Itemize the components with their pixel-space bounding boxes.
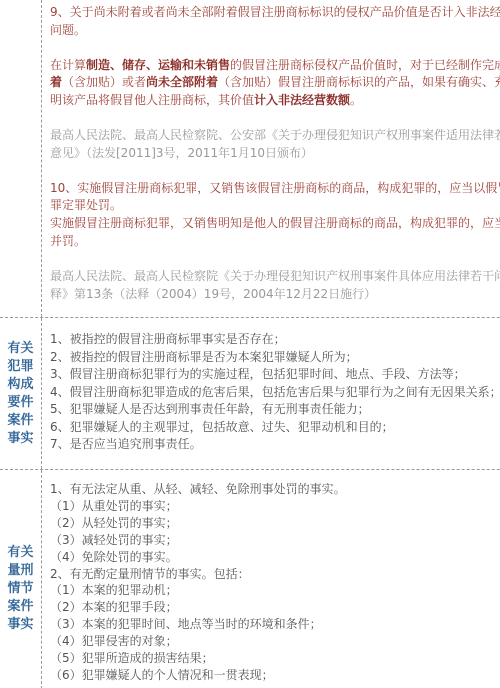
fact-list-item: （3）本案的犯罪时间、地点等当时的环境和条件； <box>50 616 500 633</box>
fact-list-item: （2）本案的犯罪手段； <box>50 599 500 616</box>
rule-text-segment: 。 <box>350 93 362 107</box>
fact-list-item: （6）犯罪嫌疑人的个人情况和一贯表现； <box>50 667 500 684</box>
fact-list-item: 6、犯罪嫌疑人的主观罪过，包括故意、过失、犯罪动机和目的； <box>50 419 500 437</box>
table-row-legal-provisions: 9、关于尚未附着或者尚未全部附着假冒注册商标标识的侵权产品价值是否计入非法经营数… <box>0 0 500 318</box>
rule-text-bold-segment: 制造、储存、运输和未销售 <box>86 58 230 72</box>
row-label-cell-empty <box>0 0 42 317</box>
row-label-sentencing-circumstances: 有关 量刑 情节 案件 事实 <box>0 470 42 688</box>
row-label-crime-elements: 有关 犯罪 构成 要件 案件 事实 <box>0 318 42 469</box>
citation-opinion-2011: 最高人民法院、最高人民检察院、公安部《关于办理侵犯知识产权刑事案件适用法律若干问… <box>50 127 500 163</box>
paragraph-question-10: 10、实施假冒注册商标犯罪，又销售该假冒注册商标的商品，构成犯罪的，应当以假冒注… <box>50 180 500 251</box>
table-row-sentencing-circumstances: 有关 量刑 情节 案件 事实 1、有无法定从重、从轻、减轻、免除刑事处罚的事实。… <box>0 470 500 688</box>
fact-list-item: 7、是否应当追究刑事责任。 <box>50 436 500 454</box>
sentencing-fact-list: 1、有无法定从重、从轻、减轻、免除刑事处罚的事实。 （1）从重处罚的事实； （2… <box>42 470 500 688</box>
paragraph-calculation-rule: 在计算制造、储存、运输和未销售的假冒注册商标侵权产品价值时，对于已经制作完成但尚… <box>50 57 500 110</box>
fact-list-item: 1、被指控的假冒注册商标罪事实是否存在； <box>50 331 500 349</box>
fact-list-item: （1）本案的犯罪动机； <box>50 582 500 599</box>
legal-facts-table: 9、关于尚未附着或者尚未全部附着假冒注册商标标识的侵权产品价值是否计入非法经营数… <box>0 0 500 688</box>
rule-text-segment: 的假冒注册商标侵权产品价值时，对于已经制作完成但 <box>230 58 500 72</box>
crime-elements-fact-list: 1、被指控的假冒注册商标罪事实是否存在； 2、被指控的假冒注册商标罪是否为本案犯… <box>42 318 500 469</box>
fact-list-item: （5）犯罪所造成的损害结果； <box>50 650 500 667</box>
rule-text-segment: （含加贴）或者 <box>62 75 146 89</box>
fact-list-item: （4）犯罪侵害的对象； <box>50 633 500 650</box>
paragraph-question-9: 9、关于尚未附着或者尚未全部附着假冒注册商标标识的侵权产品价值是否计入非法经营数… <box>50 4 500 40</box>
legal-provisions-content: 9、关于尚未附着或者尚未全部附着假冒注册商标标识的侵权产品价值是否计入非法经营数… <box>42 0 500 317</box>
fact-list-item: 4、假冒注册商标犯罪造成的危害后果，包括危害后果与犯罪行为之间有无因果关系； <box>50 384 500 402</box>
fact-list-item: （1）从重处罚的事实； <box>50 498 500 515</box>
fact-list-item: 3、假冒注册商标犯罪行为的实施过程，包括犯罪时间、地点、手段、方法等； <box>50 366 500 384</box>
citation-interpretation-2004: 最高人民法院、最高人民检察院《关于办理侵犯知识产权刑事案件具体应用法律若干问题的… <box>50 268 500 304</box>
fact-list-item: 2、有无酌定量刑情节的事实。包括： <box>50 566 500 583</box>
table-row-crime-elements: 有关 犯罪 构成 要件 案件 事实 1、被指控的假冒注册商标罪事实是否存在； 2… <box>0 318 500 470</box>
fact-list-item: 2、被指控的假冒注册商标罪是否为本案犯罪嫌疑人所为； <box>50 349 500 367</box>
rule-text-segment: 在计算 <box>50 58 86 72</box>
fact-list-item: 1、有无法定从重、从轻、减轻、免除刑事处罚的事实。 <box>50 481 500 498</box>
fact-list-item: 5、犯罪嫌疑人是否达到刑事责任年龄，有无刑事责任能力； <box>50 401 500 419</box>
rule-text-bold-segment: 尚未全部附着 <box>146 75 218 89</box>
fact-list-item: （3）减轻处罚的事实； <box>50 532 500 549</box>
rule-text-bold-segment: 计入非法经营数额 <box>254 93 350 107</box>
fact-list-item: （2）从轻处罚的事实； <box>50 515 500 532</box>
fact-list-item: （4）免除处罚的事实。 <box>50 549 500 566</box>
